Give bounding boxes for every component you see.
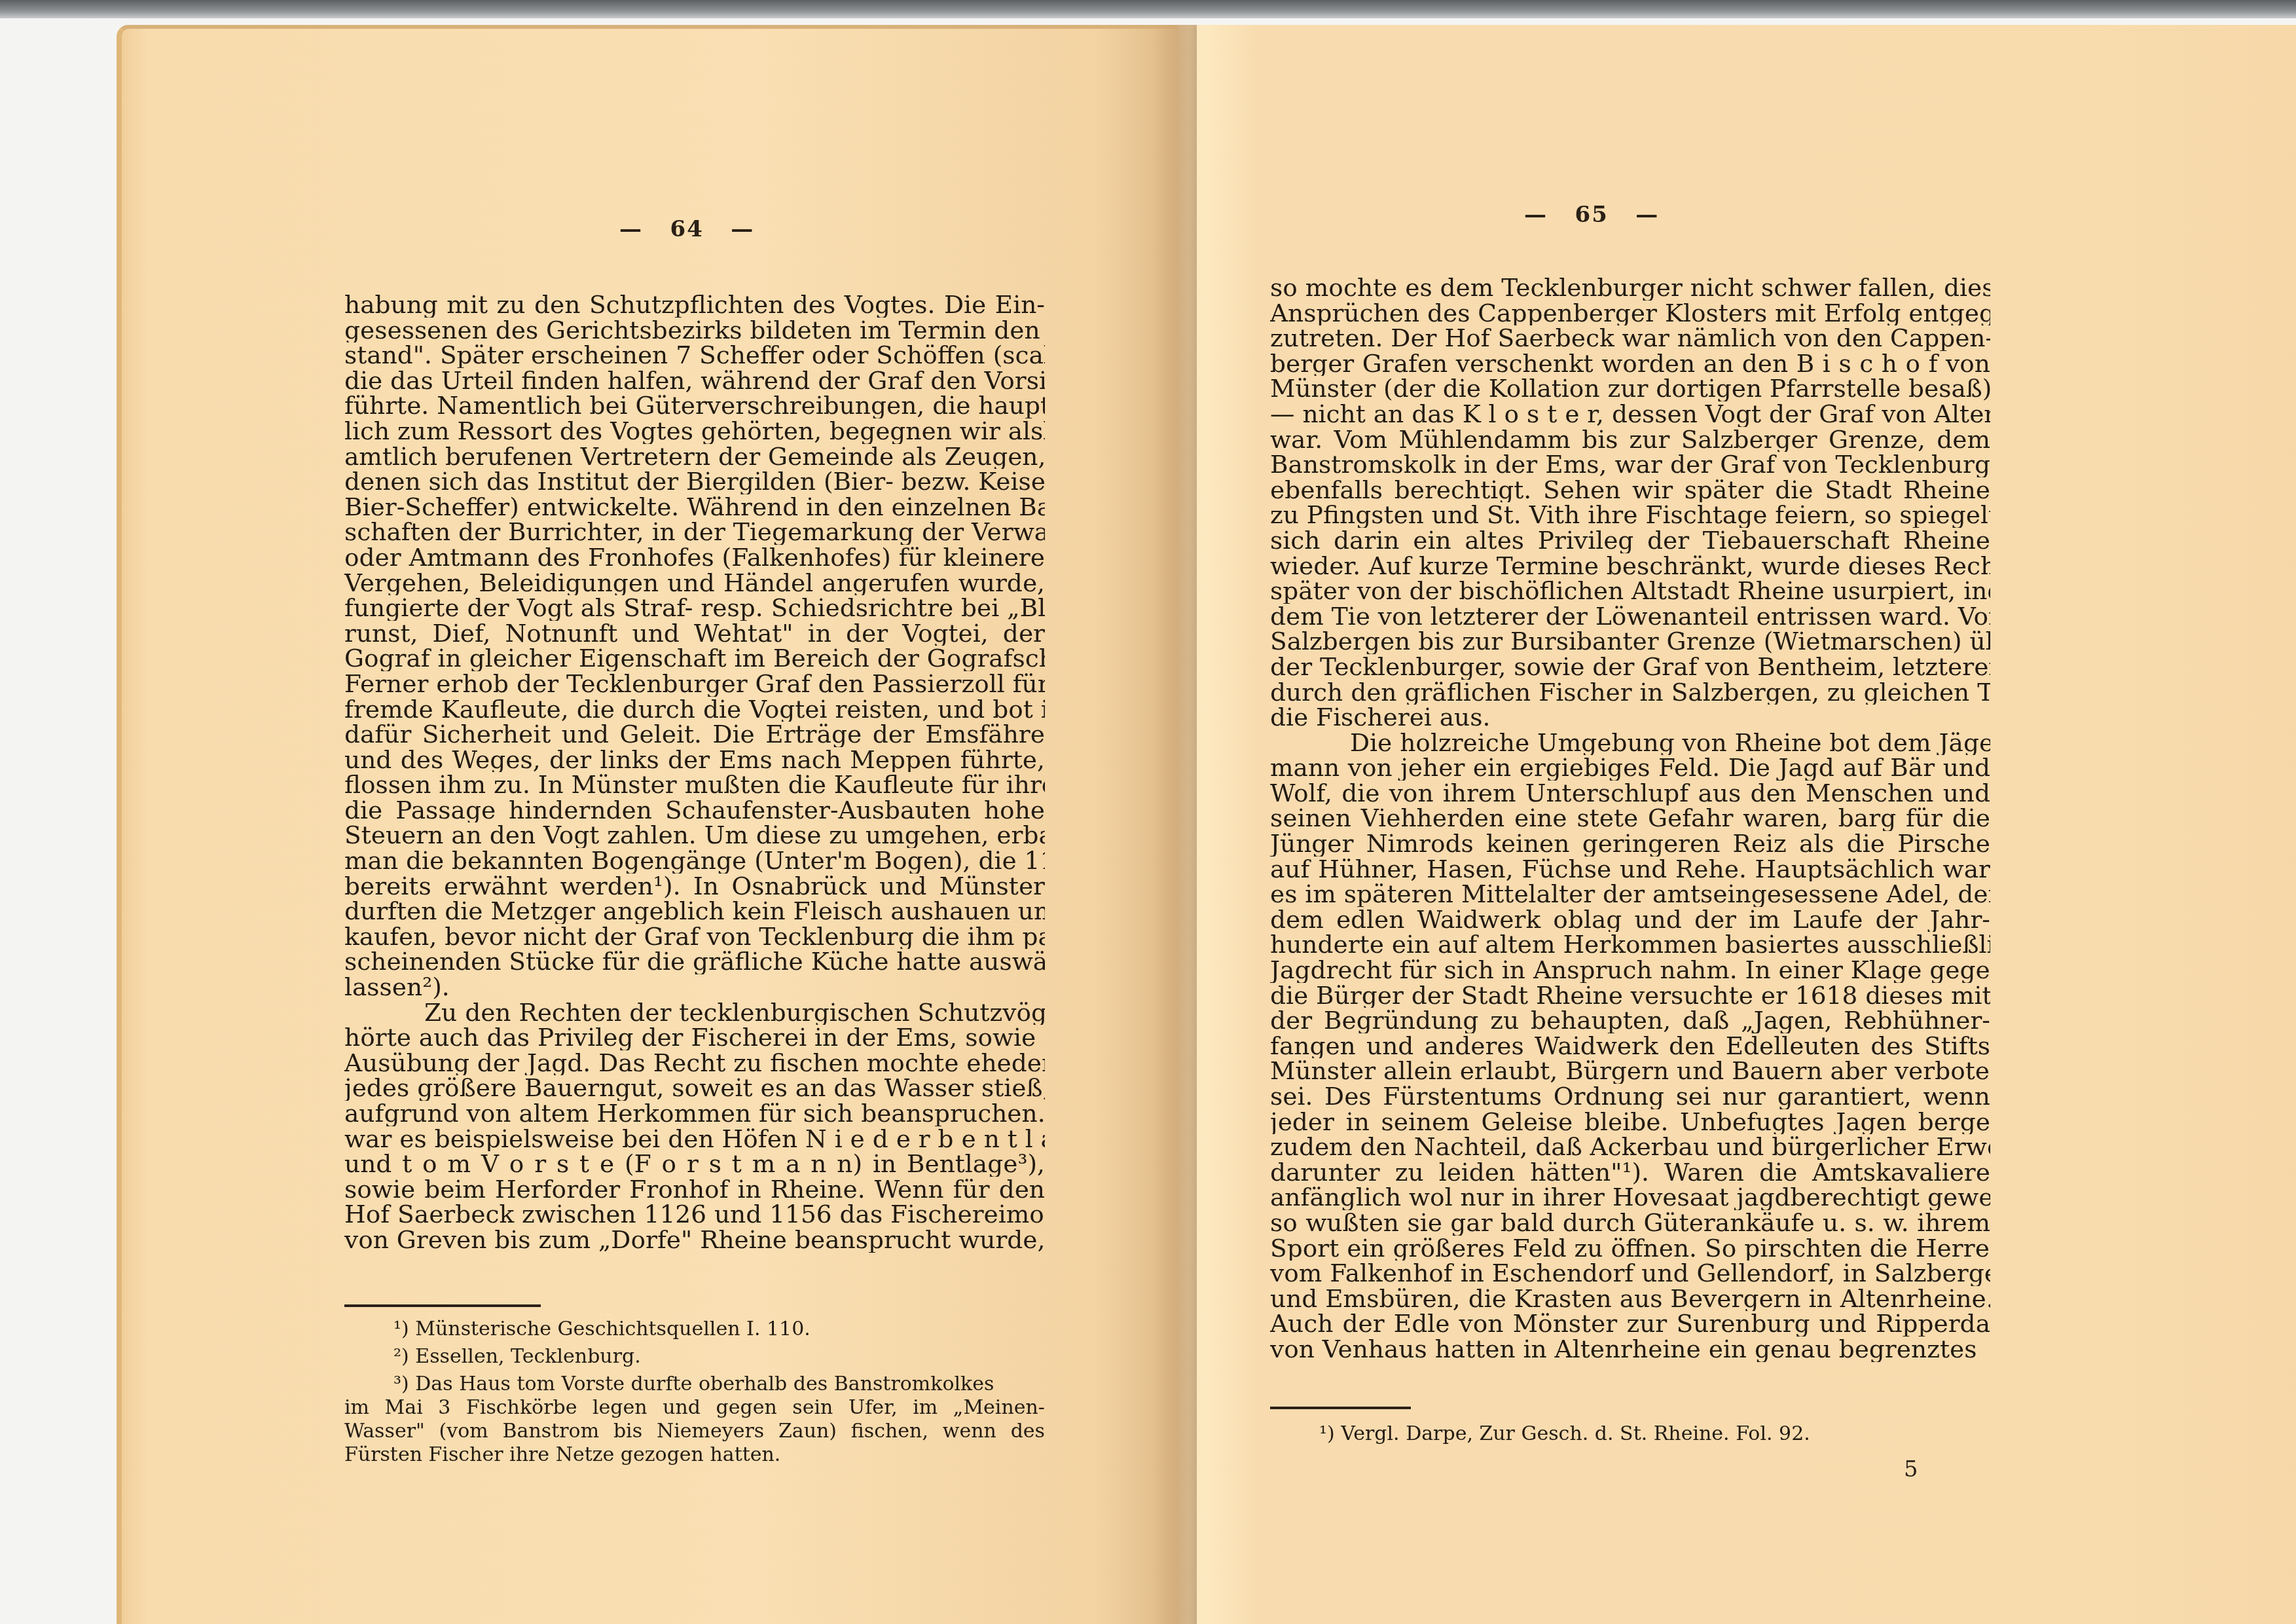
left-footnotes: ¹) Münsterische Geschichtsquellen I. 110… bbox=[344, 1318, 1045, 1467]
text-line: Ausübung der Jagd. Das Recht zu fischen … bbox=[344, 1050, 1045, 1076]
text-line: die Bürger der Stadt Rheine versuchte er… bbox=[1270, 983, 1990, 1008]
text-line: Jünger Nimrods keinen geringeren Reiz al… bbox=[1270, 831, 1990, 857]
left-page: — 64 — habung mit zu den Schutzpflichten… bbox=[117, 25, 1182, 1624]
text-line: Zu den Rechten der tecklenburgischen Sch… bbox=[344, 1000, 1045, 1025]
text-line: kaufen, bevor nicht der Graf von Tecklen… bbox=[344, 924, 1045, 950]
text-line: darunter zu leiden hätten"¹). Waren die … bbox=[1270, 1160, 1990, 1185]
text-line: amtlich berufenen Vertretern der Gemeind… bbox=[344, 444, 1045, 470]
text-line: Jagdrecht für sich in Anspruch nahm. In … bbox=[1270, 957, 1990, 983]
text-line: wieder. Auf kurze Termine beschränkt, wu… bbox=[1270, 553, 1990, 579]
text-line: Wolf, die von ihrem Unterschlupf aus den… bbox=[1270, 781, 1990, 806]
text-line: die das Urteil finden halfen, während de… bbox=[344, 368, 1045, 394]
text-line: habung mit zu den Schutzpflichten des Vo… bbox=[344, 292, 1045, 318]
left-page-body: habung mit zu den Schutzpflichten des Vo… bbox=[344, 292, 1045, 1253]
text-line: jeder in seinem Geleise bleibe. Unbefugt… bbox=[1270, 1109, 1990, 1135]
text-line: die Passage hindernden Schaufenster-Ausb… bbox=[344, 798, 1045, 823]
text-line: seinen Viehherden eine stete Gefahr ware… bbox=[1270, 805, 1990, 831]
text-line: von Venhaus hatten in Altenrheine ein ge… bbox=[1270, 1337, 1990, 1362]
text-line: dem Tie von letzterer der Löwenanteil en… bbox=[1270, 604, 1990, 629]
text-line: Ferner erhob der Tecklenburger Graf den … bbox=[344, 671, 1045, 697]
text-line: Salzbergen bis zur Bursibanter Grenze (W… bbox=[1270, 629, 1990, 654]
footnote-rule bbox=[344, 1304, 541, 1307]
text-line: Ansprüchen des Cappenberger Klosters mit… bbox=[1270, 301, 1990, 326]
text-line: lich zum Ressort des Vogtes gehörten, be… bbox=[344, 418, 1045, 444]
text-line: denen sich das Institut der Biergilden (… bbox=[344, 469, 1045, 494]
text-line: die Fischerei aus. bbox=[1270, 705, 1990, 730]
text-line: und des Weges, der links der Ems nach Me… bbox=[344, 747, 1045, 773]
text-line: oder Amtmann des Fronhofes (Falkenhofes)… bbox=[344, 545, 1045, 570]
text-line: der Tecklenburger, sowie der Graf von Be… bbox=[1270, 654, 1990, 680]
text-line: — nicht an das K l o s t e r, dessen Vog… bbox=[1270, 401, 1990, 427]
text-line: vom Falkenhof in Eschendorf und Gellendo… bbox=[1270, 1261, 1990, 1286]
open-book: — 64 — habung mit zu den Schutzpflichten… bbox=[117, 25, 2290, 1624]
text-line: der Begründung zu behaupten, daß „Jagen,… bbox=[1270, 1008, 1990, 1033]
scanner-edge bbox=[0, 0, 2296, 18]
right-page: — 65 — so mochte es dem Tecklenburger ni… bbox=[1177, 25, 2296, 1624]
text-line: flossen ihm zu. In Münster mußten die Ka… bbox=[344, 772, 1045, 798]
text-line: scheinenden Stücke für die gräfliche Küc… bbox=[344, 949, 1045, 974]
text-line: Bier-Scheffer) entwickelte. Während in d… bbox=[344, 494, 1045, 520]
footnote: Wasser" (vom Banstrom bis Niemeyers Zaun… bbox=[344, 1420, 1045, 1443]
text-line: sowie beim Herforder Fronhof in Rheine. … bbox=[344, 1177, 1045, 1202]
text-line: so mochte es dem Tecklenburger nicht sch… bbox=[1270, 275, 1990, 301]
text-line: später von der bischöflichen Altstadt Rh… bbox=[1270, 578, 1990, 604]
text-line: lassen²). bbox=[344, 974, 1045, 1000]
text-line: Hof Saerbeck zwischen 1126 und 1156 das … bbox=[344, 1202, 1045, 1227]
text-line: sei. Des Fürstentums Ordnung sei nur gar… bbox=[1270, 1084, 1990, 1109]
text-line: dem edlen Waidwerk oblag und der im Lauf… bbox=[1270, 907, 1990, 932]
text-line: Die holzreiche Umgebung von Rheine bot d… bbox=[1270, 730, 1990, 756]
text-line: aufgrund von altem Herkommen für sich be… bbox=[344, 1101, 1045, 1126]
text-line: Auch der Edle von Mönster zur Surenburg … bbox=[1270, 1311, 1990, 1337]
text-line: von Greven bis zum „Dorfe" Rheine beansp… bbox=[344, 1227, 1045, 1253]
text-line: hunderte ein auf altem Herkommen basiert… bbox=[1270, 932, 1990, 957]
text-line: zudem den Nachteil, daß Ackerbau und bür… bbox=[1270, 1134, 1990, 1160]
right-page-body: so mochte es dem Tecklenburger nicht sch… bbox=[1270, 275, 1990, 1362]
footnote: ¹) Münsterische Geschichtsquellen I. 110… bbox=[344, 1318, 1045, 1341]
text-line: Münster (der die Kollation zur dortigen … bbox=[1270, 376, 1990, 401]
text-line: runst, Dief, Notnunft und Wehtat" in der… bbox=[344, 621, 1045, 646]
text-line: bereits erwähnt werden¹). In Osnabrück u… bbox=[344, 874, 1045, 899]
footnote: Fürsten Fischer ihre Netze gezogen hatte… bbox=[344, 1443, 1045, 1467]
text-line: Gograf in gleicher Eigenschaft im Bereic… bbox=[344, 646, 1045, 671]
text-line: und t o m V o r s t e (F o r s t m a n n… bbox=[344, 1151, 1045, 1177]
text-line: Banstromskolk in der Ems, war der Graf v… bbox=[1270, 452, 1990, 477]
footnote: ³) Das Haus tom Vorste durfte oberhalb d… bbox=[344, 1373, 1045, 1396]
text-line: Vergehen, Beleidigungen und Händel anger… bbox=[344, 570, 1045, 596]
page-number-64: — 64 — bbox=[619, 216, 754, 242]
text-line: gesessenen des Gerichtsbezirks bildeten … bbox=[344, 318, 1045, 343]
text-line: auf Hühner, Hasen, Füchse und Rehe. Haup… bbox=[1270, 857, 1990, 882]
right-footnotes: ¹) Vergl. Darpe, Zur Gesch. d. St. Rhein… bbox=[1270, 1422, 1990, 1446]
text-line: Steuern an den Vogt zahlen. Um diese zu … bbox=[344, 822, 1045, 848]
text-line: stand". Später erscheinen 7 Scheffer ode… bbox=[344, 342, 1045, 368]
footnote: ¹) Vergl. Darpe, Zur Gesch. d. St. Rhein… bbox=[1270, 1422, 1990, 1446]
text-line: Münster allein erlaubt, Bürgern und Baue… bbox=[1270, 1058, 1990, 1084]
text-line: es im späteren Mittelalter der amtseinge… bbox=[1270, 881, 1990, 907]
text-line: führte. Namentlich bei Güterverschreibun… bbox=[344, 393, 1045, 418]
text-line: fangen und anderes Waidwerk den Edelleut… bbox=[1270, 1033, 1990, 1059]
book-gutter bbox=[1151, 25, 1197, 1624]
text-line: zu Pfingsten und St. Vith ihre Fischtage… bbox=[1270, 502, 1990, 528]
footnote-rule bbox=[1270, 1407, 1411, 1409]
text-line: fremde Kaufleute, die durch die Vogtei r… bbox=[344, 697, 1045, 722]
text-line: dafür Sicherheit und Geleit. Die Erträge… bbox=[344, 722, 1045, 747]
text-line: man die bekannten Bogengänge (Unter'm Bo… bbox=[344, 848, 1045, 874]
text-line: durch den gräflichen Fischer in Salzberg… bbox=[1270, 680, 1990, 705]
text-line: mann von jeher ein ergiebiges Feld. Die … bbox=[1270, 755, 1990, 781]
text-line: war es beispielsweise bei den Höfen N i … bbox=[344, 1126, 1045, 1152]
text-line: zutreten. Der Hof Saerbeck war nämlich v… bbox=[1270, 325, 1990, 351]
text-line: berger Grafen verschenkt worden an den B… bbox=[1270, 351, 1990, 377]
signature-mark: 5 bbox=[1904, 1456, 1918, 1483]
page-number-65: — 65 — bbox=[1524, 202, 1659, 228]
text-line: hörte auch das Privileg der Fischerei in… bbox=[344, 1025, 1045, 1050]
text-line: ebenfalls berechtigt. Sehen wir später d… bbox=[1270, 477, 1990, 503]
text-line: Sport ein größeres Feld zu öffnen. So pi… bbox=[1270, 1236, 1990, 1261]
text-line: jedes größere Bauerngut, soweit es an da… bbox=[344, 1075, 1045, 1101]
text-line: so wußten sie gar bald durch Güterankäuf… bbox=[1270, 1210, 1990, 1236]
text-line: schaften der Burrichter, in der Tiegemar… bbox=[344, 519, 1045, 545]
footnote: im Mai 3 Fischkörbe legen und gegen sein… bbox=[344, 1396, 1045, 1420]
text-line: fungierte der Vogt als Straf- resp. Schi… bbox=[344, 595, 1045, 621]
footnote: ²) Essellen, Tecklenburg. bbox=[344, 1345, 1045, 1369]
text-line: war. Vom Mühlendamm bis zur Salzberger G… bbox=[1270, 427, 1990, 452]
text-line: sich darin ein altes Privileg der Tiebau… bbox=[1270, 528, 1990, 553]
text-line: durften die Metzger angeblich kein Fleis… bbox=[344, 898, 1045, 924]
text-line: und Emsbüren, die Krasten aus Bevergern … bbox=[1270, 1286, 1990, 1312]
text-line: anfänglich wol nur in ihrer Hovesaat jag… bbox=[1270, 1185, 1990, 1210]
